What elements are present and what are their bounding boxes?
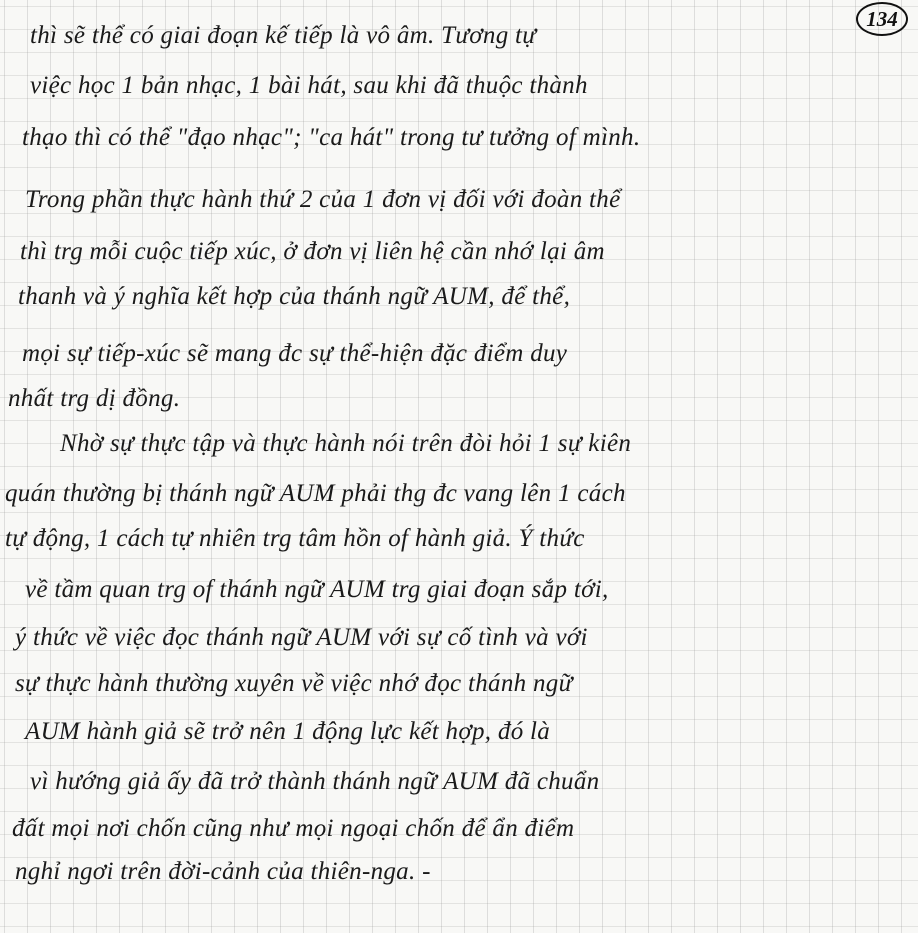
text-line: ý thức về việc đọc thánh ngữ AUM với sự … <box>15 624 588 652</box>
text-line: Trong phần thực hành thứ 2 của 1 đơn vị … <box>25 186 621 214</box>
text-line: thì trg mỗi cuộc tiếp xúc, ở đơn vị liên… <box>20 238 605 266</box>
text-line: vì hướng giả ấy đã trở thành thánh ngữ A… <box>30 768 599 796</box>
text-line: quán thường bị thánh ngữ AUM phải thg đc… <box>5 480 626 508</box>
page-number: 134 <box>856 2 908 36</box>
text-line: thì sẽ thể có giai đoạn kế tiếp là vô âm… <box>30 22 536 50</box>
text-line: về tầm quan trg of thánh ngữ AUM trg gia… <box>25 576 609 604</box>
text-line: sự thực hành thường xuyên về việc nhớ đọ… <box>15 670 573 698</box>
text-line: việc học 1 bản nhạc, 1 bài hát, sau khi … <box>30 72 588 100</box>
text-line: đất mọi nơi chốn cũng như mọi ngoại chốn… <box>12 815 574 843</box>
handwritten-page: 134 thì sẽ thể có giai đoạn kế tiếp là v… <box>0 0 918 933</box>
text-line: thạo thì có thể "đạo nhạc"; "ca hát" tro… <box>22 124 640 152</box>
text-line: Nhờ sự thực tập và thực hành nói trên đò… <box>60 430 631 458</box>
text-line: nhất trg dị đồng. <box>8 385 180 413</box>
text-line: nghỉ ngơi trên đời-cảnh của thiên-nga. - <box>15 858 431 886</box>
text-line: AUM hành giả sẽ trở nên 1 động lực kết h… <box>25 718 550 746</box>
text-line: thanh và ý nghĩa kết hợp của thánh ngữ A… <box>18 283 570 311</box>
text-line: tự động, 1 cách tự nhiên trg tâm hồn of … <box>5 525 585 553</box>
text-line: mọi sự tiếp-xúc sẽ mang đc sự thể-hiện đ… <box>22 340 567 368</box>
